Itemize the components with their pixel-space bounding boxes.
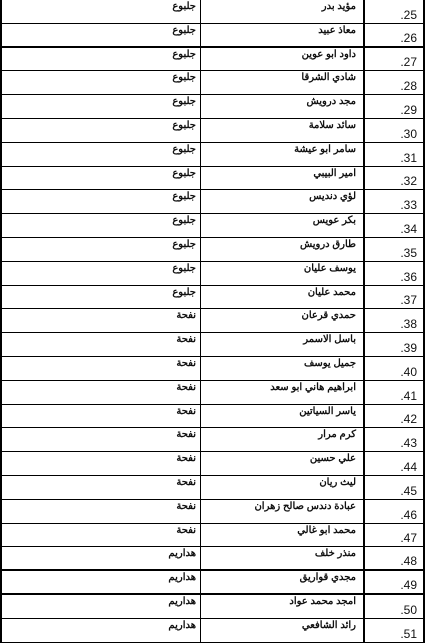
name-text: حمدي قرعان <box>302 310 356 321</box>
table-row: هداريمرائد الشافعي.51 <box>2 619 423 643</box>
name-text: محمد ابو غالي <box>297 525 356 536</box>
number-cell: .36 <box>365 262 423 285</box>
name-text: بكر عويس <box>313 215 356 226</box>
name-text: معاذ عبيد <box>318 25 356 36</box>
location-cell: نفحة <box>2 333 201 356</box>
location-text: جلبوع <box>172 49 196 60</box>
location-text: نفحة <box>176 334 196 345</box>
location-cell: جلبوع <box>2 48 201 71</box>
number-cell: .37 <box>365 286 423 309</box>
number-cell: .44 <box>365 452 423 475</box>
number-cell: .30 <box>365 119 423 142</box>
location-text: نفحة <box>176 501 196 512</box>
row-number: .31 <box>400 151 417 165</box>
row-number: .44 <box>400 460 417 474</box>
location-cell: جلبوع <box>2 95 201 118</box>
table-row: جلبوعداود ابو عوين.27 <box>2 48 423 72</box>
location-text: نفحة <box>176 358 196 369</box>
location-cell: نفحة <box>2 381 201 404</box>
name-cell: داود ابو عوين <box>201 48 365 71</box>
table-row: جلبوعامير البيبي.32 <box>2 167 423 191</box>
location-text: نفحة <box>176 477 196 488</box>
location-text: جلبوع <box>172 168 196 179</box>
number-cell: .38 <box>365 309 423 332</box>
number-cell: .25 <box>365 0 423 23</box>
location-text: جلبوع <box>172 287 196 298</box>
name-text: محمد عليان <box>308 287 356 298</box>
location-cell: نفحة <box>2 500 201 523</box>
row-number: .36 <box>400 270 417 284</box>
location-cell: هداريم <box>2 595 201 618</box>
location-text: نفحة <box>176 406 196 417</box>
row-number: .32 <box>400 174 417 188</box>
location-cell: نفحة <box>2 476 201 499</box>
name-text: كرم مرار <box>318 429 356 440</box>
location-cell: هداريم <box>2 571 201 593</box>
name-text: عبادة دندس صالح زهران <box>254 501 356 512</box>
name-text: سائد سلامة <box>309 120 356 131</box>
name-cell: مجدي قواريق <box>201 571 365 593</box>
number-cell: .46 <box>365 500 423 523</box>
location-cell: جلبوع <box>2 0 201 23</box>
row-number: .38 <box>400 317 417 331</box>
location-cell: نفحة <box>2 524 201 547</box>
table-row: جلبوعسائد سلامة.30 <box>2 119 423 143</box>
table-row: جلبوعشادي الشرقا.28 <box>2 71 423 95</box>
name-cell: طارق درويش <box>201 238 365 261</box>
table-row: نفحةياسر السياتين.42 <box>2 405 423 429</box>
row-number: .30 <box>400 127 417 141</box>
location-cell: جلبوع <box>2 214 201 237</box>
name-text: جميل يوسف <box>304 358 356 369</box>
location-text: جلبوع <box>172 72 196 83</box>
location-cell: نفحة <box>2 452 201 475</box>
location-text: هداريم <box>168 596 196 607</box>
row-number: .27 <box>400 55 417 69</box>
name-cell: محمد ابو غالي <box>201 524 365 547</box>
location-text: جلبوع <box>172 239 196 250</box>
row-number: .45 <box>400 484 417 498</box>
table-row: جلبوعمحمد عليان.37 <box>2 286 423 310</box>
location-cell: هداريم <box>2 547 201 569</box>
row-number: .47 <box>400 531 417 545</box>
name-cell: امجد محمد عواد <box>201 595 365 618</box>
row-number: .25 <box>400 8 417 22</box>
table-row: جلبوعسامر ابو عيشة.31 <box>2 143 423 167</box>
table-row: جلبوعيوسف عليان.36 <box>2 262 423 286</box>
number-cell: .51 <box>365 619 423 642</box>
name-cell: يوسف عليان <box>201 262 365 285</box>
row-number: .40 <box>400 365 417 379</box>
name-cell: رائد الشافعي <box>201 619 365 642</box>
table-row: جلبوعبكر عويس.34 <box>2 214 423 238</box>
table-row: نفحةعبادة دندس صالح زهران.46 <box>2 500 423 524</box>
name-text: علي حسين <box>310 453 356 464</box>
name-cell: مجد درويش <box>201 95 365 118</box>
name-text: طارق درويش <box>300 239 356 250</box>
location-text: جلبوع <box>172 1 196 12</box>
location-cell: جلبوع <box>2 119 201 142</box>
table-row: نفحةعلي حسين.44 <box>2 452 423 476</box>
name-cell: لؤي دنديس <box>201 190 365 213</box>
location-cell: جلبوع <box>2 167 201 190</box>
name-cell: منذر خلف <box>201 547 365 569</box>
name-cell: بكر عويس <box>201 214 365 237</box>
name-text: باسل الاسمر <box>303 334 356 345</box>
location-text: هداريم <box>168 620 196 631</box>
row-number: .50 <box>400 603 417 617</box>
name-cell: حمدي قرعان <box>201 309 365 332</box>
row-number: .34 <box>400 222 417 236</box>
row-number: .42 <box>400 412 417 426</box>
number-cell: .28 <box>365 71 423 94</box>
prisoners-table: جلبوعمؤيد بدر.25جلبوعمعاذ عبيد.26جلبوعدا… <box>0 0 425 643</box>
name-text: منذر خلف <box>315 548 356 559</box>
location-cell: جلبوع <box>2 190 201 213</box>
location-text: جلبوع <box>172 120 196 131</box>
table-row: هداريممنذر خلف.48 <box>2 547 423 571</box>
row-number: .41 <box>400 389 417 403</box>
name-text: داود ابو عوين <box>302 49 356 60</box>
name-cell: عبادة دندس صالح زهران <box>201 500 365 523</box>
row-number: .28 <box>400 79 417 93</box>
location-text: جلبوع <box>172 191 196 202</box>
name-cell: سائد سلامة <box>201 119 365 142</box>
name-text: مجدي قواريق <box>300 572 356 583</box>
row-number: .35 <box>400 246 417 260</box>
number-cell: .49 <box>365 571 423 593</box>
name-cell: ابراهيم هاني ابو سعد <box>201 381 365 404</box>
location-text: نفحة <box>176 453 196 464</box>
table-row: جلبوعمجد درويش.29 <box>2 95 423 119</box>
number-cell: .43 <box>365 428 423 451</box>
name-text: رائد الشافعي <box>302 620 356 631</box>
name-cell: ليث ريان <box>201 476 365 499</box>
name-cell: محمد عليان <box>201 286 365 309</box>
location-cell: جلبوع <box>2 286 201 309</box>
name-text: مؤيد بدر <box>322 1 356 12</box>
row-number: .26 <box>400 31 417 45</box>
number-cell: .41 <box>365 381 423 404</box>
name-cell: مؤيد بدر <box>201 0 365 23</box>
table-row: جلبوعلؤي دنديس.33 <box>2 190 423 214</box>
table-row: نفحةابراهيم هاني ابو سعد.41 <box>2 381 423 405</box>
name-cell: كرم مرار <box>201 428 365 451</box>
number-cell: .45 <box>365 476 423 499</box>
number-cell: .47 <box>365 524 423 547</box>
row-number: .49 <box>400 578 417 592</box>
number-cell: .34 <box>365 214 423 237</box>
number-cell: .40 <box>365 357 423 380</box>
table-row: نفحةليث ريان.45 <box>2 476 423 500</box>
name-cell: باسل الاسمر <box>201 333 365 356</box>
location-text: نفحة <box>176 310 196 321</box>
name-cell: علي حسين <box>201 452 365 475</box>
name-text: يوسف عليان <box>304 263 356 274</box>
location-text: جلبوع <box>172 25 196 36</box>
table-row: جلبوعطارق درويش.35 <box>2 238 423 262</box>
location-text: نفحة <box>176 429 196 440</box>
name-cell: امير البيبي <box>201 167 365 190</box>
location-text: نفحة <box>176 382 196 393</box>
table-row: نفحةمحمد ابو غالي.47 <box>2 524 423 548</box>
row-number: .29 <box>400 103 417 117</box>
table-row: نفحةباسل الاسمر.39 <box>2 333 423 357</box>
table-row: نفحةجميل يوسف.40 <box>2 357 423 381</box>
row-number: .43 <box>400 436 417 450</box>
name-cell: ياسر السياتين <box>201 405 365 428</box>
table-row: جلبوعمعاذ عبيد.26 <box>2 24 423 48</box>
location-cell: جلبوع <box>2 143 201 166</box>
location-text: جلبوع <box>172 96 196 107</box>
number-cell: .35 <box>365 238 423 261</box>
row-number: .33 <box>400 198 417 212</box>
number-cell: .29 <box>365 95 423 118</box>
row-number: .46 <box>400 508 417 522</box>
name-text: مجد درويش <box>307 96 356 107</box>
row-number: .37 <box>400 293 417 307</box>
number-cell: .50 <box>365 595 423 618</box>
number-cell: .33 <box>365 190 423 213</box>
row-number: .51 <box>400 627 417 641</box>
table-row: هداريمامجد محمد عواد.50 <box>2 595 423 619</box>
table-row: نفحةكرم مرار.43 <box>2 428 423 452</box>
name-cell: جميل يوسف <box>201 357 365 380</box>
number-cell: .27 <box>365 48 423 71</box>
number-cell: .48 <box>365 547 423 569</box>
location-cell: هداريم <box>2 619 201 642</box>
location-cell: نفحة <box>2 428 201 451</box>
location-cell: جلبوع <box>2 262 201 285</box>
number-cell: .26 <box>365 24 423 46</box>
row-number: .48 <box>400 554 417 568</box>
name-text: امجد محمد عواد <box>289 596 356 607</box>
table-row: جلبوعمؤيد بدر.25 <box>2 0 423 24</box>
location-text: جلبوع <box>172 144 196 155</box>
location-cell: نفحة <box>2 309 201 332</box>
name-text: لؤي دنديس <box>309 191 356 202</box>
location-cell: جلبوع <box>2 238 201 261</box>
location-cell: نفحة <box>2 357 201 380</box>
location-cell: جلبوع <box>2 71 201 94</box>
number-cell: .31 <box>365 143 423 166</box>
location-text: جلبوع <box>172 215 196 226</box>
table-row: نفحةحمدي قرعان.38 <box>2 309 423 333</box>
location-cell: نفحة <box>2 405 201 428</box>
number-cell: .39 <box>365 333 423 356</box>
table-row: هداريممجدي قواريق.49 <box>2 571 423 595</box>
location-text: نفحة <box>176 525 196 536</box>
name-cell: شادي الشرقا <box>201 71 365 94</box>
name-cell: معاذ عبيد <box>201 24 365 46</box>
name-cell: سامر ابو عيشة <box>201 143 365 166</box>
name-text: امير البيبي <box>313 168 356 179</box>
number-cell: .42 <box>365 405 423 428</box>
name-text: شادي الشرقا <box>301 72 356 83</box>
location-cell: جلبوع <box>2 24 201 46</box>
name-text: ليث ريان <box>319 477 356 488</box>
name-text: ياسر السياتين <box>299 406 356 417</box>
name-text: سامر ابو عيشة <box>294 144 356 155</box>
location-text: هداريم <box>168 548 196 559</box>
row-number: .39 <box>400 341 417 355</box>
location-text: هداريم <box>168 572 196 583</box>
number-cell: .32 <box>365 167 423 190</box>
location-text: جلبوع <box>172 263 196 274</box>
name-text: ابراهيم هاني ابو سعد <box>270 382 356 393</box>
